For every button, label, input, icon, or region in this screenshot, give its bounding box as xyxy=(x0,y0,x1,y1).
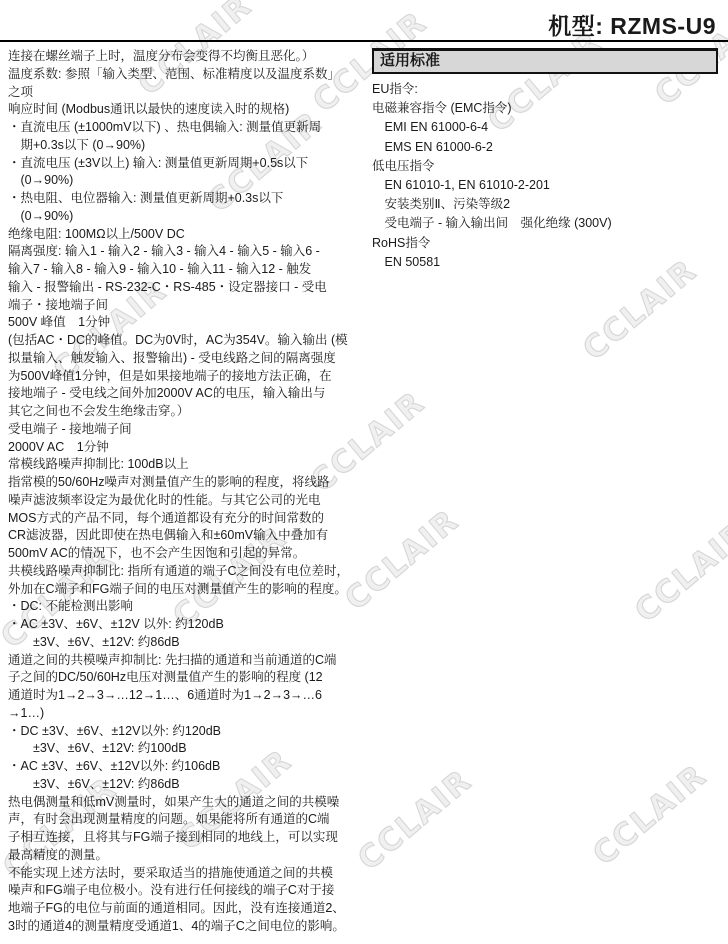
spec-text-line: 隔离强度: 输入1 - 输入2 - 输入3 - 输入4 - 输入5 - 输入6 … xyxy=(8,243,358,261)
spec-text-line: ±3V、±6V、±12V: 约86dB xyxy=(8,634,358,652)
spec-text-line: 噪声滤波频率设定为最优化时的性能。与其它公司的光电 xyxy=(8,492,358,510)
spec-text-line: 子相互连接，且将其与FG端子接到相同的地线上，可以实现 xyxy=(8,829,358,847)
spec-text-line: 端子・接地端子间 xyxy=(8,297,358,315)
spec-text-line: 500V 峰值 1分钟 xyxy=(8,314,358,332)
standard-text-line: EN 61010-1, EN 61010-2-201 xyxy=(372,176,718,195)
spec-text-line: 之项 xyxy=(8,84,358,102)
spec-text-line: 输入7 - 输入8 - 输入9 - 输入10 - 输入11 - 输入12 - 触… xyxy=(8,261,358,279)
spec-text-line: (0→90%) xyxy=(8,172,358,190)
spec-text-line: 通道时为1→2→3→…12→1…、6通道时为1→2→3→…6 xyxy=(8,687,358,705)
spec-text-line: 指常模的50/60Hz噪声对测量值产生的影响的程度，将线路 xyxy=(8,474,358,492)
document-header: 机型: RZMS-U9 xyxy=(0,0,728,40)
spec-text-line: 最高精度的测量。 xyxy=(8,847,358,865)
spec-text-line: 2000V AC 1分钟 xyxy=(8,439,358,457)
spec-text-line: 不能实现上述方法时，要采取适当的措施使通道之间的共模 xyxy=(8,865,358,883)
spec-text-line: ・直流电压 (±3V以上) 输入: 测量值更新周期+0.5s以下 xyxy=(8,155,358,173)
spec-text-line: ±3V、±6V、±12V: 约100dB xyxy=(8,740,358,758)
spec-text-line: 子之间的DC/50/60Hz电压对测量值产生的影响的程度 (12 xyxy=(8,669,358,687)
model-title: 机型: RZMS-U9 xyxy=(548,13,716,39)
spec-text-line: 温度系数: 参照「输入类型、范围、标准精度以及温度系数」 xyxy=(8,66,358,84)
spec-text-line: →1…) xyxy=(8,705,358,723)
right-column-standards: 适用标准 EU指令:电磁兼容指令 (EMC指令) EMI EN 61000-6-… xyxy=(372,48,718,272)
spec-text-line: 响应时间 (Modbus通讯以最快的速度读入时的规格) xyxy=(8,101,358,119)
standard-text-line: EMS EN 61000-6-2 xyxy=(372,138,718,157)
spec-text-line: 热电偶测量和低mV测量时，如果产生大的通道之间的共模噪 xyxy=(8,794,358,812)
standards-list: EU指令:电磁兼容指令 (EMC指令) EMI EN 61000-6-4 EMS… xyxy=(372,80,718,272)
spec-text-line: 500mV AC的情况下，也不会产生因饱和引起的异常。 xyxy=(8,545,358,563)
standard-text-line: 安装类别Ⅱ、污染等级2 xyxy=(372,195,718,214)
spec-text-line: MOS方式的产品不同，每个通道都设有充分的时间常数的 xyxy=(8,510,358,528)
spec-text-line: ・DC: 不能检测出影响 xyxy=(8,598,358,616)
standard-text-line: 低电压指令 xyxy=(372,157,718,176)
spec-text-line: ・热电阻、电位器输入: 测量值更新周期+0.3s以下 xyxy=(8,190,358,208)
spec-text-line: ・AC ±3V、±6V、±12V以外: 约106dB xyxy=(8,758,358,776)
spec-text-line: 噪声和FG端子电位极小。没有进行任何接线的端子C对于接 xyxy=(8,882,358,900)
standard-text-line: 受电端子 - 输入输出间 强化绝缘 (300V) xyxy=(372,214,718,233)
spec-text-line: 其它之间也不会发生绝缘击穿。） xyxy=(8,403,358,421)
spec-text-line: 声，有时会出现测量精度的问题。如果能将所有通道的C端 xyxy=(8,811,358,829)
spec-document-page: CCLAIRCCLAIRCCLAIRCCLAIRCCLAIRCCLAIRCCLA… xyxy=(0,0,728,944)
spec-text-line: 连接在螺丝端子上时，温度分布会变得不均衡且恶化。） xyxy=(8,48,358,66)
spec-text-line: 3时的通道4的测量精度受通道1、4的端子C之间电位的影响。 xyxy=(8,918,358,936)
spec-text-line: 外加在C端子和FG端子间的电压对测量值产生的影响的程度。 xyxy=(8,581,358,599)
spec-text-line: ・AC ±3V、±6V、±12V 以外: 约120dB xyxy=(8,616,358,634)
spec-text-line: 通道之间的共模噪声抑制比: 先扫描的通道和当前通道的C端 xyxy=(8,652,358,670)
spec-text-line: (包括AC・DC的峰值。DC为0V时，AC为354V。输入输出 (模 xyxy=(8,332,358,350)
spec-text-line: 绝缘电阻: 100MΩ以上/500V DC xyxy=(8,226,358,244)
spec-text-line: 为500V峰值1分钟，但是如果接地端子的接地方法正确，在 xyxy=(8,368,358,386)
standard-text-line: RoHS指令 xyxy=(372,234,718,253)
spec-text-line: 输入 - 报警输出 - RS-232-C・RS-485・设定器接口 - 受电 xyxy=(8,279,358,297)
spec-text-line: ・直流电压 (±1000mV以下) 、热电偶输入: 测量值更新周 xyxy=(8,119,358,137)
standard-text-line: EMI EN 61000-6-4 xyxy=(372,118,718,137)
standard-text-line: 电磁兼容指令 (EMC指令) xyxy=(372,99,718,118)
spec-text-line: 常模线路噪声抑制比: 100dB以上 xyxy=(8,456,358,474)
spec-text-line: 接地端子 - 受电线之间外加2000V AC的电压，输入输出与 xyxy=(8,385,358,403)
applicable-standards-header: 适用标准 xyxy=(372,48,718,74)
spec-text-line: (0→90%) xyxy=(8,208,358,226)
spec-text-line: 期+0.3s以下 (0→90%) xyxy=(8,137,358,155)
standard-text-line: EU指令: xyxy=(372,80,718,99)
spec-text-line: ±3V、±6V、±12V: 约86dB xyxy=(8,776,358,794)
standard-text-line: EN 50581 xyxy=(372,253,718,272)
spec-text-line: 受电端子 - 接地端子间 xyxy=(8,421,358,439)
spec-text-line: ・DC ±3V、±6V、±12V以外: 约120dB xyxy=(8,723,358,741)
spec-text-line: 拟量输入、触发输入、报警输出) - 受电线路之间的隔离强度 xyxy=(8,350,358,368)
spec-text-line: 共模线路噪声抑制比: 指所有通道的端子C之间没有电位差时， xyxy=(8,563,358,581)
spec-text-line: 地端子FG的电位与前面的通道相同。因此，没有连接通道2、 xyxy=(8,900,358,918)
left-column-spec-text: 连接在螺丝端子上时，温度分布会变得不均衡且恶化。）温度系数: 参照「输入类型、范… xyxy=(0,48,358,936)
spec-text-line: CR滤波器，因此即使在热电偶输入和±60mV输入中叠加有 xyxy=(8,527,358,545)
two-column-body: 连接在螺丝端子上时，温度分布会变得不均衡且恶化。）温度系数: 参照「输入类型、范… xyxy=(0,42,728,936)
